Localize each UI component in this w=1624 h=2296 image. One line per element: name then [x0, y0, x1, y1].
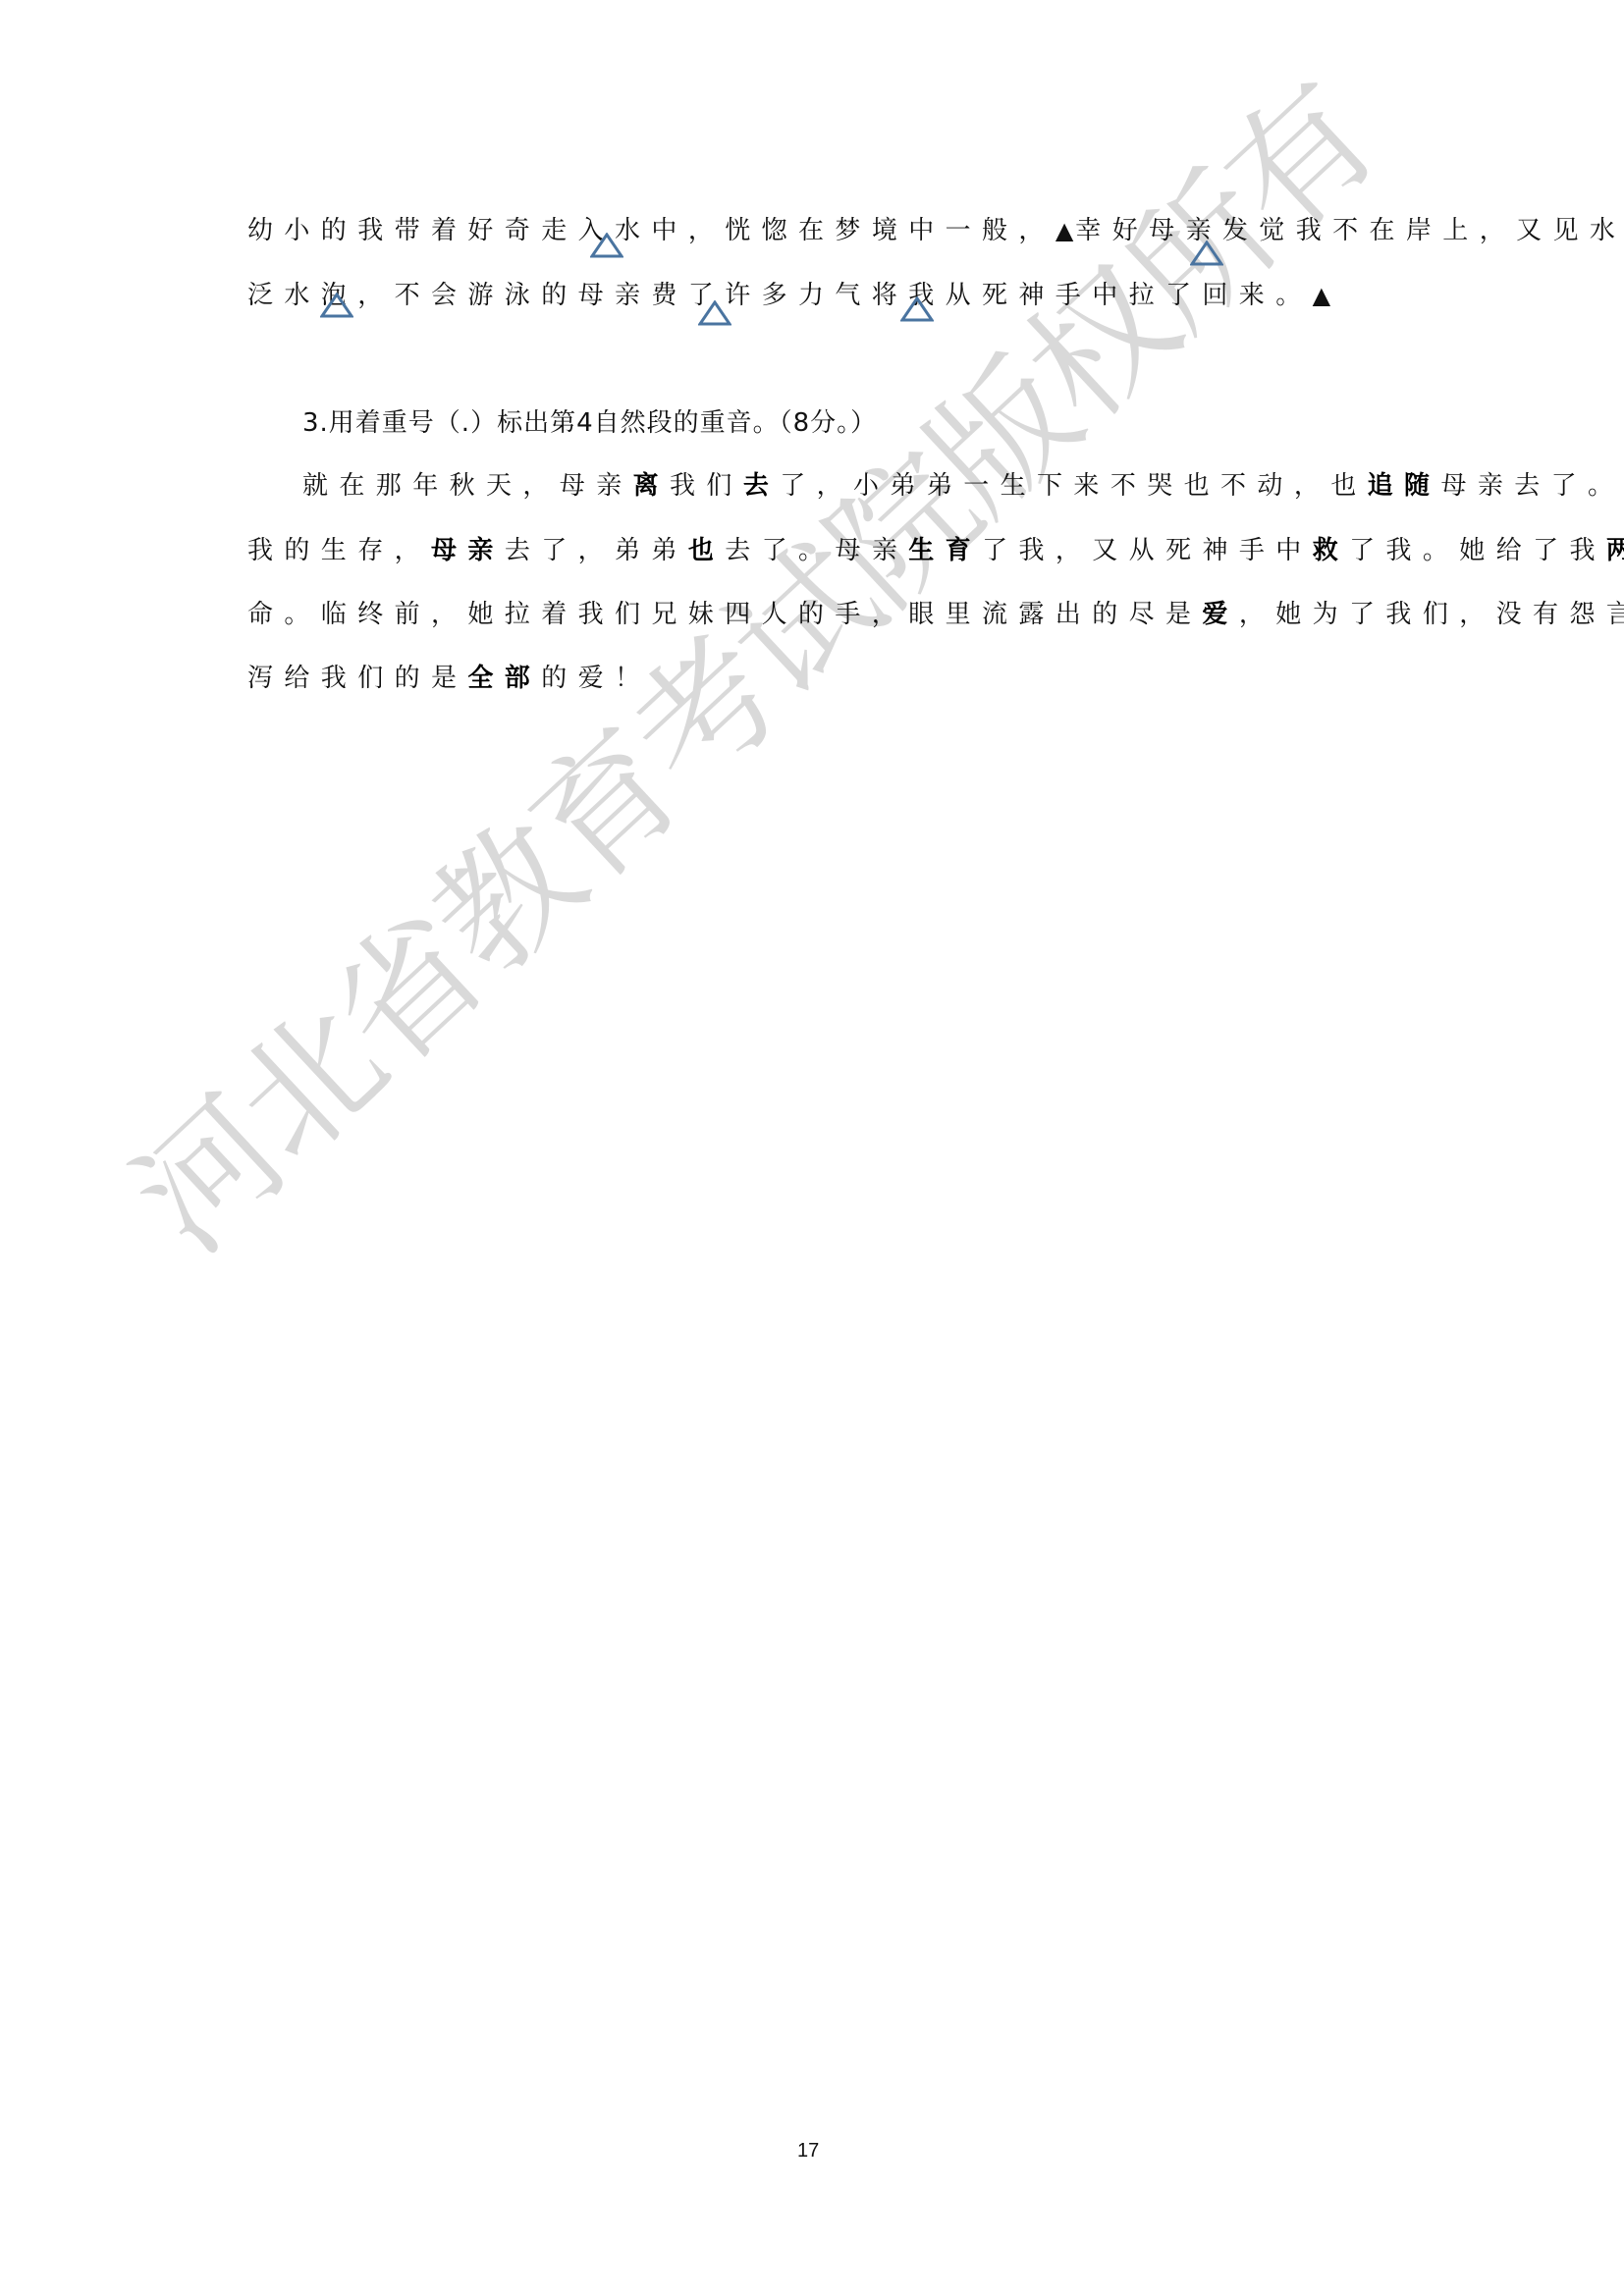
stressed-word: 去	[743, 471, 780, 501]
stressed-word: 追随	[1368, 471, 1441, 501]
stressed-word: 母亲	[431, 536, 505, 565]
passage-text: ，	[688, 216, 725, 245]
paragraph-text: 去了。母亲	[725, 536, 908, 565]
passage-text: ，	[1480, 216, 1516, 245]
paragraph-4-line-3: 命。临终前，她拉着我们兄妹四人的手，眼里流露出的尽是爱，她为了我们，没有怨言，倾	[247, 598, 1386, 631]
paragraph-text: 我的生存，	[247, 536, 431, 565]
paragraph-4-line-2: 我的生存，母亲去了，弟弟也去了。母亲生育了我，又从死神手中救了我。她给了我两次生	[247, 534, 1386, 567]
paragraph-text: 了我，又从死神手中	[982, 536, 1313, 565]
stressed-word: 两	[1606, 536, 1624, 565]
stressed-word: 离	[633, 471, 670, 501]
stressed-word: 爱	[1202, 600, 1238, 629]
stressed-word: 生育	[908, 536, 982, 565]
paragraph-text: ，她为了我们，没有怨言，倾	[1239, 600, 1624, 629]
solid-triangle-icon: ▲	[1313, 279, 1332, 312]
passage-text: 幸好母亲发觉我不在岸上	[1075, 216, 1479, 245]
stressed-word: 也	[688, 536, 725, 565]
paragraph-text: 的爱！	[541, 664, 651, 693]
stressed-word: 全部	[467, 664, 541, 693]
paragraph-4-line-1: 就在那年秋天，母亲离我们去了，小弟弟一生下来不哭也不动，也追随母亲去了。为了	[302, 469, 1441, 503]
passage-line-2: 泛水泡，不会游泳的母亲费了许多力气将我从死神手中拉了回来。▲	[247, 279, 1386, 312]
passage-text: 不会游泳的母亲费了许多力气将我从死神手中拉了回来。	[395, 281, 1313, 310]
solid-triangle-icon: ▲	[1056, 214, 1075, 247]
paragraph-text: 了我。她给了我	[1349, 536, 1606, 565]
stressed-word: 救	[1313, 536, 1349, 565]
paragraph-text: 了，小弟弟一生下来不哭也不动，也	[780, 471, 1367, 501]
paragraph-4-line-4: 泻给我们的是全部的爱！	[247, 662, 1386, 695]
paragraph-text: 去了，弟弟	[505, 536, 688, 565]
question-3-prompt: 3.用着重号（.）标出第4自然段的重音。（8分。）	[302, 406, 1441, 440]
paragraph-text: 我们	[670, 471, 743, 501]
paragraph-text: 母亲去了。为了	[1440, 471, 1624, 501]
exam-page: 河北省教育考试院版权所有 幼小的我带着好奇走入水中，恍惚在梦境中一般，▲幸好母亲…	[0, 0, 1624, 2296]
page-number: 17	[797, 2140, 819, 2163]
passage-text: 又见水中直	[1516, 216, 1624, 245]
passage-text: 恍惚在梦境中一般，	[725, 216, 1056, 245]
paragraph-text: 就在那年秋天，母亲	[302, 471, 633, 501]
paragraph-text: 泻给我们的是	[247, 664, 467, 693]
paragraph-text: 命。临终前，她拉着我们兄妹四人的手，眼里流露出的尽是	[247, 600, 1202, 629]
